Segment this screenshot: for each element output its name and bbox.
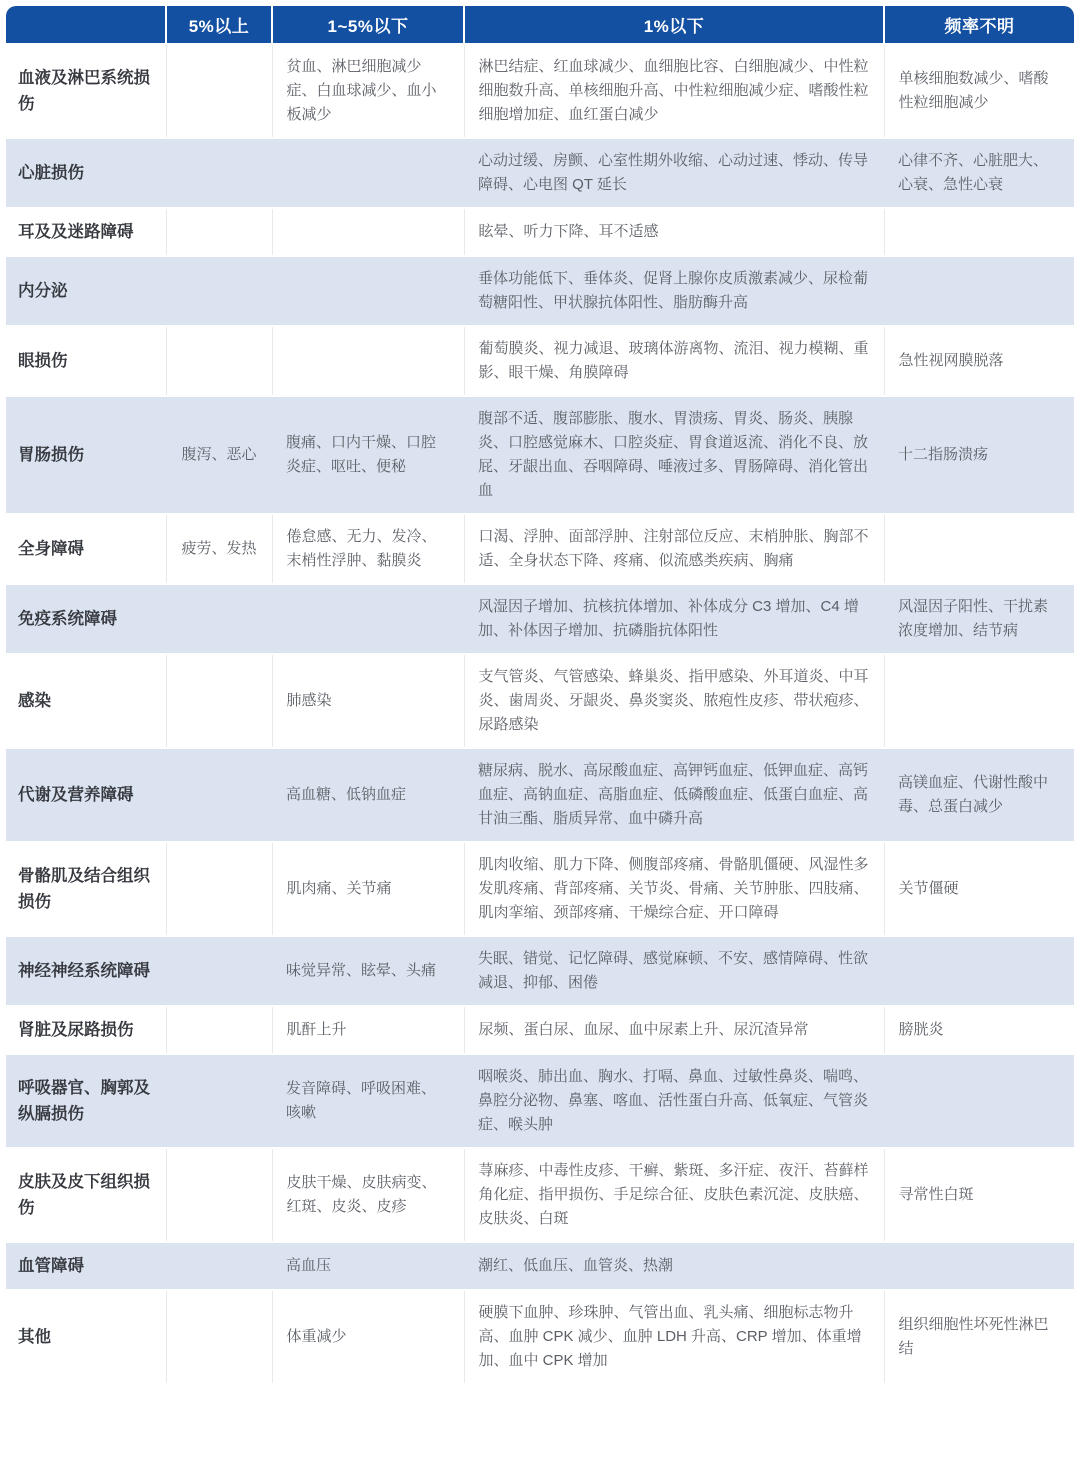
table-row: 胃肠损伤 腹泻、恶心 腹痛、口内干燥、口腔炎症、呕吐、便秘 腹部不适、腹部膨胀、…: [6, 396, 1074, 514]
cell-category: 免疫系统障碍: [6, 584, 166, 654]
cell-over-5-percent: [166, 936, 272, 1006]
table-row: 骨骼肌及结合组织损伤 肌肉痛、关节痛 肌肉收缩、肌力下降、侧腹部疼痛、骨骼肌僵硬…: [6, 842, 1074, 936]
cell-frequency-unknown: [884, 208, 1074, 256]
cell-frequency-unknown: 关节僵硬: [884, 842, 1074, 936]
cell-over-5-percent: [166, 208, 272, 256]
cell-1-to-5-percent: 肺感染: [272, 654, 464, 748]
table-header: 5%以上 1~5%以下 1%以下 频率不明: [6, 6, 1074, 44]
column-header-under-1-percent: 1%以下: [464, 6, 884, 44]
table-row: 心脏损伤 心动过缓、房颤、心室性期外收缩、心动过速、悸动、传导障碍、心电图 QT…: [6, 138, 1074, 208]
cell-1-to-5-percent: 贫血、淋巴细胞减少症、白血球减少、血小板减少: [272, 44, 464, 138]
cell-1-to-5-percent: 腹痛、口内干燥、口腔炎症、呕吐、便秘: [272, 396, 464, 514]
cell-under-1-percent: 肌肉收缩、肌力下降、侧腹部疼痛、骨骼肌僵硬、风湿性多发肌疼痛、背部疼痛、关节炎、…: [464, 842, 884, 936]
adverse-reactions-table-wrapper: 5%以上 1~5%以下 1%以下 频率不明 血液及淋巴系统损伤 贫血、淋巴细胞减…: [6, 6, 1074, 1383]
cell-over-5-percent: [166, 1290, 272, 1383]
cell-frequency-unknown: 组织细胞性坏死性淋巴结: [884, 1290, 1074, 1383]
table-row: 神经神经系统障碍 味觉异常、眩晕、头痛 失眠、错觉、记忆障碍、感觉麻顿、不安、感…: [6, 936, 1074, 1006]
cell-over-5-percent: [166, 1242, 272, 1290]
column-header-1-to-5-percent: 1~5%以下: [272, 6, 464, 44]
cell-category: 眼损伤: [6, 326, 166, 396]
cell-over-5-percent: [166, 1006, 272, 1054]
cell-under-1-percent: 心动过缓、房颤、心室性期外收缩、心动过速、悸动、传导障碍、心电图 QT 延长: [464, 138, 884, 208]
page: 5%以上 1~5%以下 1%以下 频率不明 血液及淋巴系统损伤 贫血、淋巴细胞减…: [0, 0, 1080, 1460]
cell-category: 神经神经系统障碍: [6, 936, 166, 1006]
cell-frequency-unknown: 心律不齐、心脏肥大、心衰、急性心衰: [884, 138, 1074, 208]
cell-over-5-percent: [166, 584, 272, 654]
table-row: 皮肤及皮下组织损伤 皮肤干燥、皮肤病变、红斑、皮炎、皮疹 荨麻疹、中毒性皮疹、干…: [6, 1148, 1074, 1242]
cell-under-1-percent: 垂体功能低下、垂体炎、促肾上腺你皮质激素减少、尿检葡萄糖阳性、甲状腺抗体阳性、脂…: [464, 256, 884, 326]
cell-category: 肾脏及尿路损伤: [6, 1006, 166, 1054]
table-row: 眼损伤 葡萄膜炎、视力减退、玻璃体游离物、流泪、视力模糊、重影、眼干燥、角膜障碍…: [6, 326, 1074, 396]
cell-category: 皮肤及皮下组织损伤: [6, 1148, 166, 1242]
cell-over-5-percent: [166, 748, 272, 842]
table-row: 全身障碍 疲劳、发热 倦怠感、无力、发冷、末梢性浮肿、黏膜炎 口渴、浮肿、面部浮…: [6, 514, 1074, 584]
cell-under-1-percent: 风湿因子增加、抗核抗体增加、补体成分 C3 增加、C4 增加、补体因子增加、抗磷…: [464, 584, 884, 654]
cell-1-to-5-percent: [272, 138, 464, 208]
cell-category: 全身障碍: [6, 514, 166, 584]
cell-1-to-5-percent: 味觉异常、眩晕、头痛: [272, 936, 464, 1006]
cell-frequency-unknown: [884, 256, 1074, 326]
cell-under-1-percent: 支气管炎、气管感染、蜂巢炎、指甲感染、外耳道炎、中耳炎、歯周炎、牙龈炎、鼻炎窦炎…: [464, 654, 884, 748]
cell-under-1-percent: 硬膜下血肿、珍珠肿、气管出血、乳头痛、细胞标志物升高、血肿 CPK 减少、血肿 …: [464, 1290, 884, 1383]
cell-over-5-percent: [166, 326, 272, 396]
cell-frequency-unknown: 单核细胞数减少、嗜酸性粒细胞减少: [884, 44, 1074, 138]
cell-frequency-unknown: [884, 936, 1074, 1006]
cell-1-to-5-percent: 体重减少: [272, 1290, 464, 1383]
cell-over-5-percent: [166, 1148, 272, 1242]
cell-under-1-percent: 眩晕、听力下降、耳不适感: [464, 208, 884, 256]
cell-frequency-unknown: [884, 1054, 1074, 1148]
cell-under-1-percent: 尿频、蛋白尿、血尿、血中尿素上升、尿沉渣异常: [464, 1006, 884, 1054]
cell-1-to-5-percent: [272, 584, 464, 654]
cell-under-1-percent: 腹部不适、腹部膨胀、腹水、胃溃疡、胃炎、肠炎、胰腺炎、口腔感觉麻木、口腔炎症、胃…: [464, 396, 884, 514]
cell-under-1-percent: 咽喉炎、肺出血、胸水、打嗝、鼻血、过敏性鼻炎、喘鸣、鼻腔分泌物、鼻塞、喀血、活性…: [464, 1054, 884, 1148]
cell-category: 血管障碍: [6, 1242, 166, 1290]
cell-frequency-unknown: 膀胱炎: [884, 1006, 1074, 1054]
cell-over-5-percent: [166, 256, 272, 326]
column-header-frequency-unknown: 频率不明: [884, 6, 1074, 44]
adverse-reactions-table: 5%以上 1~5%以下 1%以下 频率不明 血液及淋巴系统损伤 贫血、淋巴细胞减…: [6, 6, 1074, 1383]
cell-category: 血液及淋巴系统损伤: [6, 44, 166, 138]
cell-frequency-unknown: [884, 654, 1074, 748]
cell-category: 其他: [6, 1290, 166, 1383]
cell-over-5-percent: [166, 44, 272, 138]
cell-frequency-unknown: 十二指肠溃疡: [884, 396, 1074, 514]
column-header-category: [6, 6, 166, 44]
cell-1-to-5-percent: 高血压: [272, 1242, 464, 1290]
cell-over-5-percent: [166, 138, 272, 208]
cell-category: 呼吸器官、胸郭及纵膈损伤: [6, 1054, 166, 1148]
table-row: 呼吸器官、胸郭及纵膈损伤 发音障碍、呼吸困难、咳嗽 咽喉炎、肺出血、胸水、打嗝、…: [6, 1054, 1074, 1148]
table-row: 肾脏及尿路损伤 肌酐上升 尿频、蛋白尿、血尿、血中尿素上升、尿沉渣异常 膀胱炎: [6, 1006, 1074, 1054]
cell-over-5-percent: [166, 1054, 272, 1148]
cell-1-to-5-percent: 倦怠感、无力、发冷、末梢性浮肿、黏膜炎: [272, 514, 464, 584]
cell-under-1-percent: 失眠、错觉、记忆障碍、感觉麻顿、不安、感情障碍、性欲减退、抑郁、困倦: [464, 936, 884, 1006]
cell-frequency-unknown: [884, 514, 1074, 584]
cell-category: 胃肠损伤: [6, 396, 166, 514]
cell-under-1-percent: 葡萄膜炎、视力减退、玻璃体游离物、流泪、视力模糊、重影、眼干燥、角膜障碍: [464, 326, 884, 396]
cell-under-1-percent: 口渴、浮肿、面部浮肿、注射部位反应、末梢肿胀、胸部不适、全身状态下降、疼痛、似流…: [464, 514, 884, 584]
column-header-over-5-percent: 5%以上: [166, 6, 272, 44]
table-row: 耳及及迷路障碍 眩晕、听力下降、耳不适感: [6, 208, 1074, 256]
table-body: 血液及淋巴系统损伤 贫血、淋巴细胞减少症、白血球减少、血小板减少 淋巴结症、红血…: [6, 44, 1074, 1383]
cell-category: 代谢及营养障碍: [6, 748, 166, 842]
table-row: 其他 体重减少 硬膜下血肿、珍珠肿、气管出血、乳头痛、细胞标志物升高、血肿 CP…: [6, 1290, 1074, 1383]
cell-frequency-unknown: 急性视网膜脱落: [884, 326, 1074, 396]
cell-frequency-unknown: 风湿因子阳性、干扰素浓度增加、结节病: [884, 584, 1074, 654]
cell-category: 耳及及迷路障碍: [6, 208, 166, 256]
cell-1-to-5-percent: 皮肤干燥、皮肤病变、红斑、皮炎、皮疹: [272, 1148, 464, 1242]
cell-frequency-unknown: 高镁血症、代谢性酸中毒、总蛋白减少: [884, 748, 1074, 842]
cell-category: 心脏损伤: [6, 138, 166, 208]
table-row: 血液及淋巴系统损伤 贫血、淋巴细胞减少症、白血球减少、血小板减少 淋巴结症、红血…: [6, 44, 1074, 138]
cell-over-5-percent: [166, 654, 272, 748]
cell-1-to-5-percent: [272, 256, 464, 326]
table-row: 感染 肺感染 支气管炎、气管感染、蜂巢炎、指甲感染、外耳道炎、中耳炎、歯周炎、牙…: [6, 654, 1074, 748]
cell-under-1-percent: 潮红、低血压、血管炎、热潮: [464, 1242, 884, 1290]
cell-frequency-unknown: [884, 1242, 1074, 1290]
cell-1-to-5-percent: 肌肉痛、关节痛: [272, 842, 464, 936]
cell-1-to-5-percent: 肌酐上升: [272, 1006, 464, 1054]
cell-1-to-5-percent: 发音障碍、呼吸困难、咳嗽: [272, 1054, 464, 1148]
cell-under-1-percent: 糖尿病、脱水、高尿酸血症、高钾钙血症、低钾血症、高钙血症、高钠血症、高脂血症、低…: [464, 748, 884, 842]
cell-1-to-5-percent: [272, 326, 464, 396]
cell-category: 感染: [6, 654, 166, 748]
cell-under-1-percent: 荨麻疹、中毒性皮疹、干癣、紫斑、多汗症、夜汗、苔藓样角化症、指甲损伤、手足综合征…: [464, 1148, 884, 1242]
cell-frequency-unknown: 寻常性白斑: [884, 1148, 1074, 1242]
table-row: 代谢及营养障碍 高血糖、低钠血症 糖尿病、脱水、高尿酸血症、高钾钙血症、低钾血症…: [6, 748, 1074, 842]
cell-over-5-percent: [166, 842, 272, 936]
cell-1-to-5-percent: [272, 208, 464, 256]
cell-category: 骨骼肌及结合组织损伤: [6, 842, 166, 936]
cell-1-to-5-percent: 高血糖、低钠血症: [272, 748, 464, 842]
cell-category: 内分泌: [6, 256, 166, 326]
cell-under-1-percent: 淋巴结症、红血球减少、血细胞比容、白细胞减少、中性粒细胞数升高、单核细胞升高、中…: [464, 44, 884, 138]
table-row: 免疫系统障碍 风湿因子增加、抗核抗体增加、补体成分 C3 增加、C4 增加、补体…: [6, 584, 1074, 654]
table-row: 血管障碍 高血压 潮红、低血压、血管炎、热潮: [6, 1242, 1074, 1290]
cell-over-5-percent: 疲劳、发热: [166, 514, 272, 584]
header-row: 5%以上 1~5%以下 1%以下 频率不明: [6, 6, 1074, 44]
table-row: 内分泌 垂体功能低下、垂体炎、促肾上腺你皮质激素减少、尿检葡萄糖阳性、甲状腺抗体…: [6, 256, 1074, 326]
cell-over-5-percent: 腹泻、恶心: [166, 396, 272, 514]
